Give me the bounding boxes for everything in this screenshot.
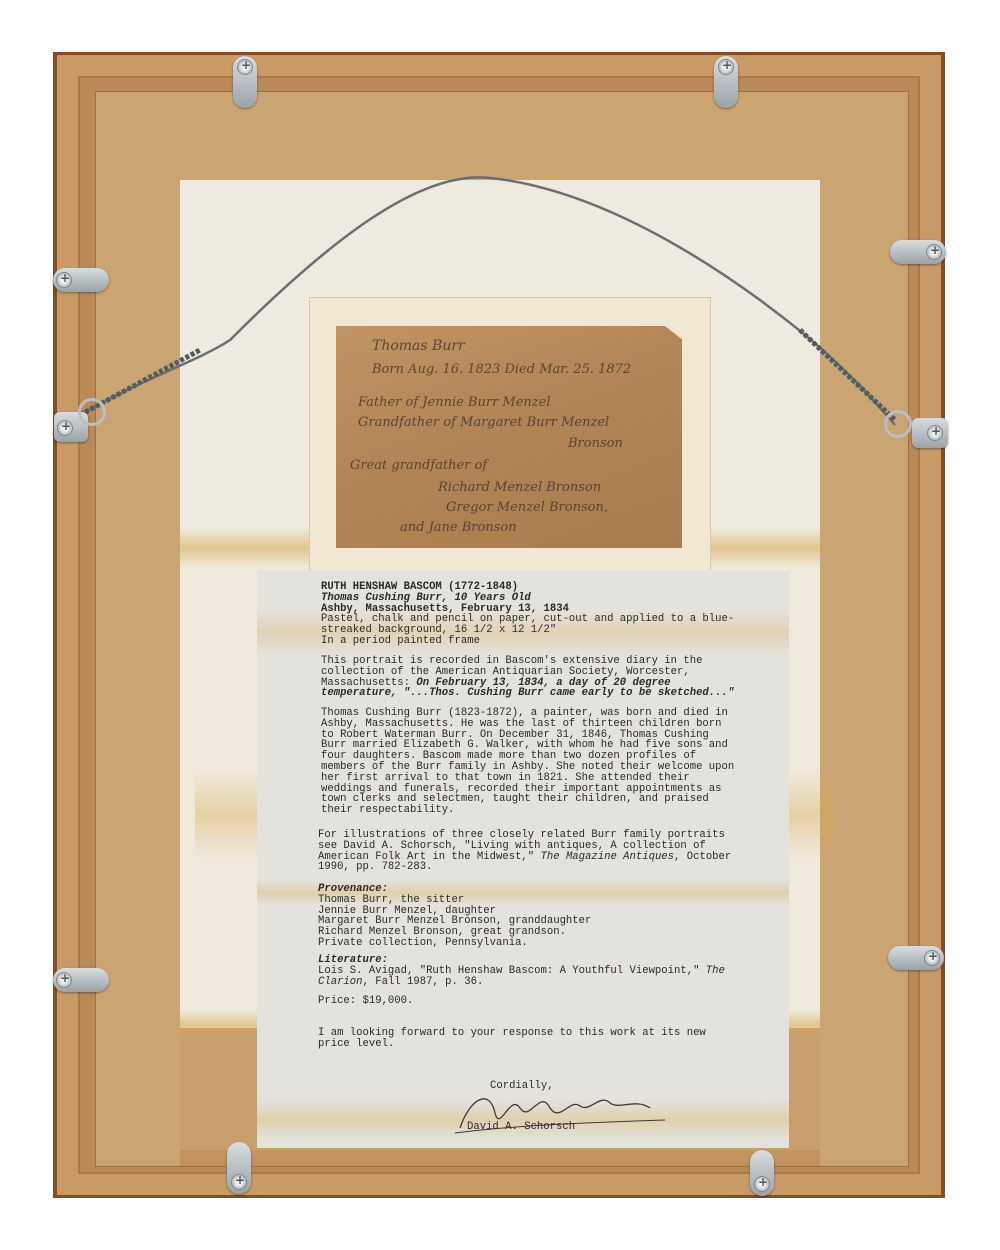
d-ring — [78, 398, 106, 426]
screw-icon — [925, 951, 939, 965]
screw-icon — [58, 421, 72, 435]
d-ring — [884, 410, 912, 438]
screw-icon — [719, 60, 733, 74]
screw-icon — [57, 273, 71, 287]
screw-icon — [755, 1177, 769, 1191]
screw-icon — [238, 60, 252, 74]
screw-icon — [927, 245, 941, 259]
screw-icon — [57, 973, 71, 987]
screw-icon — [232, 1175, 246, 1189]
screw-icon — [928, 426, 942, 440]
hanging-wire — [0, 0, 1000, 1250]
